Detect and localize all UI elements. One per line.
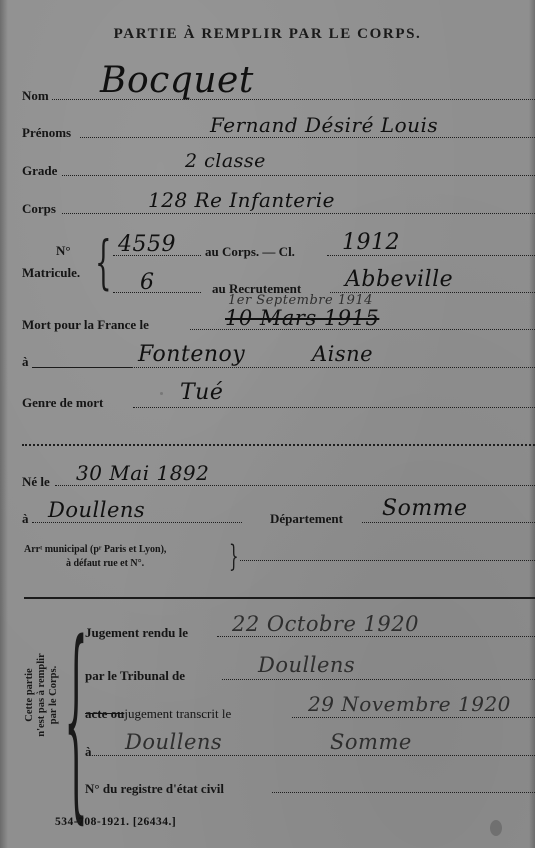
- naissance-place-value: Doullens: [48, 498, 145, 522]
- transcrit-label-struck: acte ou: [85, 706, 124, 721]
- nom-value: Bocquet: [100, 60, 254, 101]
- arrondissement-label-1: Arrᵗ municipal (pʳ Paris et Lyon),: [24, 544, 166, 555]
- prenoms-label: Prénoms: [22, 125, 71, 141]
- section-separator: [24, 597, 535, 599]
- departement-value: Somme: [382, 496, 468, 521]
- lieu-deces-place: Fontenoy: [138, 342, 245, 367]
- arrondissement-line: [240, 560, 535, 561]
- naissance-date-value: 30 Mai 1892: [76, 461, 209, 485]
- lieu-transcription-place: Doullens: [125, 730, 222, 754]
- matricule-corps-label: au Corps. — Cl.: [205, 244, 295, 260]
- side-note: Cette partie n'est pas à remplir par le …: [24, 630, 60, 760]
- lieu-deces-label: à: [22, 354, 29, 370]
- registre-line: [272, 792, 535, 793]
- naissance-label: Né le: [22, 474, 50, 490]
- side-note-line-2: n'est pas à remplir: [36, 630, 48, 760]
- lieu-transcription-departement: Somme: [330, 730, 412, 754]
- genre-mort-label: Genre de mort: [22, 395, 103, 411]
- lieu-deces-departement: Aisne: [312, 342, 373, 366]
- prenoms-value: Fernand Désiré Louis: [210, 113, 438, 137]
- document-title: PARTIE À REMPLIR PAR LE CORPS.: [0, 26, 535, 43]
- print-code: 534-708-1921. [26434.]: [55, 816, 176, 828]
- recrutement-number-value: 6: [140, 270, 155, 295]
- arrondissement-label-2: à défaut rue et N°.: [66, 558, 144, 569]
- lieu-transcription-line: [92, 755, 535, 756]
- tribunal-value: Doullens: [258, 653, 355, 677]
- departement-line: [362, 522, 535, 523]
- mort-label: Mort pour la France le: [22, 317, 149, 333]
- genre-mort-value: Tué: [180, 380, 223, 405]
- tribunal-line: [222, 679, 535, 680]
- matricule-brace: {: [95, 232, 112, 292]
- side-note-line-3: par le Corps.: [48, 630, 60, 760]
- lieu-transcription-label: à: [85, 744, 92, 760]
- grade-value: 2 classe: [185, 150, 266, 172]
- matricule-corps-value: 4559: [118, 232, 176, 257]
- transcrit-line: [292, 717, 535, 718]
- classe-line: [327, 255, 535, 256]
- naissance-place-line: [32, 522, 242, 523]
- arrondissement-brace: }: [229, 541, 239, 573]
- mort-date-struck: 10 Mars 1915: [225, 306, 379, 330]
- matricule-label-no: N°: [56, 243, 71, 259]
- prenoms-line: [80, 137, 535, 138]
- nom-label: Nom: [22, 88, 49, 104]
- jugement-rendu-line: [217, 636, 535, 637]
- tribunal-label: par le Tribunal de: [85, 668, 185, 684]
- death-record-card: PARTIE À REMPLIR PAR LE CORPS. Nom Bocqu…: [0, 0, 535, 848]
- side-note-line-1: Cette partie: [24, 630, 36, 760]
- transcrit-label-text: jugement transcrit le: [124, 706, 231, 721]
- grade-label: Grade: [22, 163, 57, 179]
- jugement-rendu-label: Jugement rendu le: [85, 625, 188, 641]
- genre-mort-line: [133, 407, 535, 408]
- blank-line: [22, 444, 535, 446]
- corps-label: Corps: [22, 201, 56, 217]
- paper-speck: [160, 392, 163, 395]
- departement-label: Département: [270, 511, 343, 527]
- corps-value: 128 Re Infanterie: [148, 188, 335, 212]
- transcrit-value: 29 Novembre 1920: [308, 692, 511, 716]
- naissance-date-line: [55, 485, 535, 486]
- naissance-a-label: à: [22, 511, 29, 527]
- grade-line: [62, 175, 535, 176]
- classe-value: 1912: [342, 230, 400, 255]
- jugement-rendu-value: 22 Octobre 1920: [232, 612, 419, 636]
- matricule-label: Matricule.: [22, 265, 80, 281]
- corps-line: [62, 213, 535, 214]
- mort-date-correction: 1er Septembre 1914: [228, 293, 373, 308]
- registre-label: N° du registre d'état civil: [85, 781, 224, 797]
- paper-stain: [490, 820, 502, 836]
- transcrit-label: acte oujugement transcrit le: [85, 706, 231, 722]
- lieu-deces-underline: [32, 367, 132, 368]
- recrutement-place-value: Abbeville: [345, 267, 453, 292]
- recrutement-number-line: [113, 292, 201, 293]
